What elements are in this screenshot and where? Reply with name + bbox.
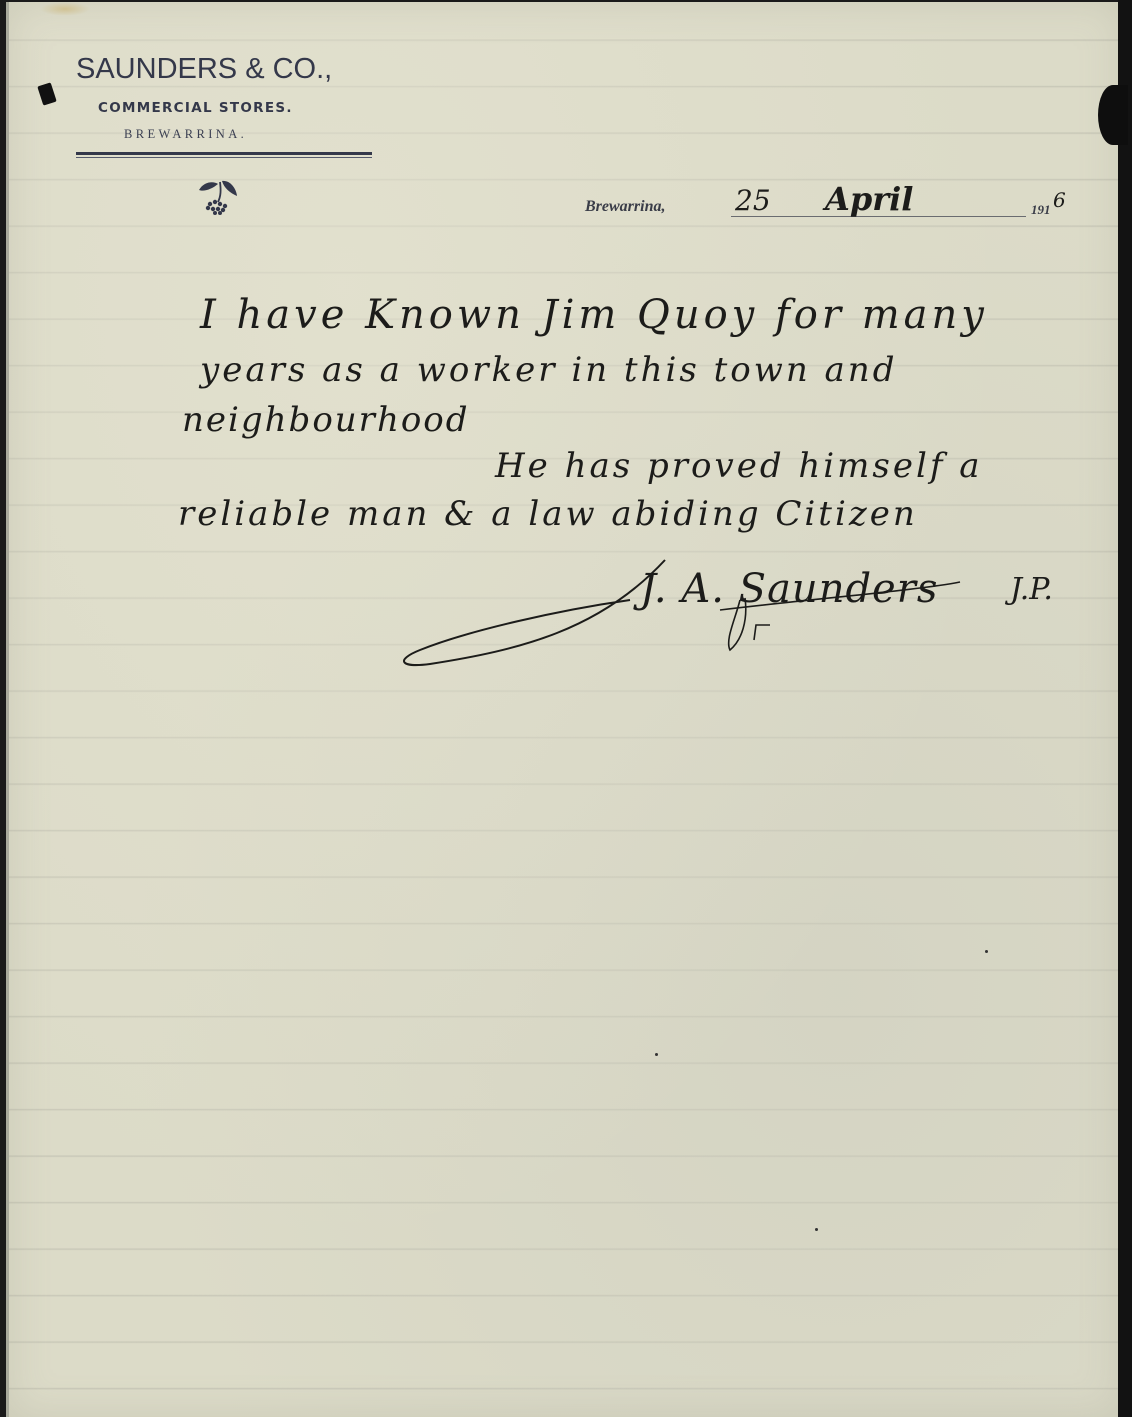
date-place: Brewarrina, <box>585 198 665 216</box>
letter-line-5: reliable man & a law abiding Citizen <box>178 494 918 534</box>
date-month: April <box>825 180 913 218</box>
paper-speck <box>815 1228 818 1231</box>
letterhead: SAUNDERS & CO., COMMERCIAL STORES. BREWA… <box>76 52 372 158</box>
flower-ornament-icon <box>196 176 244 216</box>
letter-line-2: years as a worker in this town and <box>200 350 897 390</box>
date-year-handwritten: 6 <box>1053 188 1066 212</box>
paper-stain <box>40 2 90 16</box>
company-town: BREWARRINA. <box>76 127 372 142</box>
signature-title: J.P. <box>1010 572 1053 607</box>
paper-speck <box>655 1053 658 1056</box>
date-year-printed: 191 <box>1031 202 1051 218</box>
letter-line-1: I have Known Jim Quoy for many <box>200 292 988 338</box>
signature-name: J. A. Saunders <box>640 566 938 612</box>
paper-tear-mark <box>1098 85 1128 145</box>
letter-line-4: He has proved himself a <box>495 446 983 486</box>
date-day: 25 <box>735 184 771 217</box>
letter-line-3: neighbourhood <box>182 400 470 440</box>
letterhead-rule <box>76 152 372 155</box>
paper-speck <box>985 950 988 953</box>
scan-edge-shadow <box>1118 0 1132 1417</box>
letterhead-rule-thin <box>76 157 372 158</box>
company-name: SAUNDERS & CO., <box>76 52 372 86</box>
dateline: Brewarrina, 25 April 191 6 <box>585 182 1105 232</box>
company-subtitle: COMMERCIAL STORES. <box>76 100 372 116</box>
